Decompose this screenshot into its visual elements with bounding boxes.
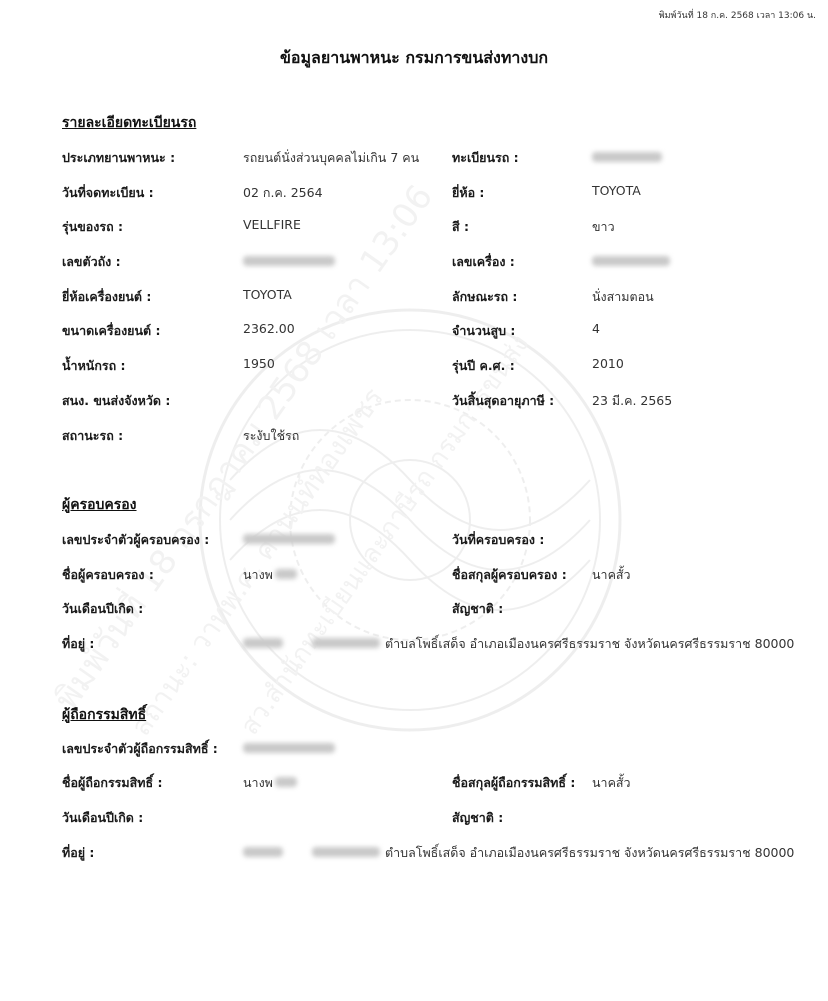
label-office: สนง. ขนส่งจังหวัด : — [62, 391, 170, 411]
label-engine-no: เลขเครื่อง : — [452, 252, 515, 272]
section-title-vehicle: รายละเอียดทะเบียนรถ — [62, 112, 196, 134]
label-model: รุ่นของรถ : — [62, 217, 123, 237]
value-owner-street-redacted — [312, 847, 380, 857]
value-possessor-id-redacted — [243, 534, 335, 544]
section-title-owner: ผู้ถือกรรมสิทธิ์ — [62, 704, 146, 726]
label-status: สถานะรถ : — [62, 426, 123, 446]
label-owner-dob: วันเดือนปีเกิด : — [62, 808, 143, 828]
label-reg-date: วันที่จดทะเบียน : — [62, 183, 154, 203]
value-owner-name-redacted — [275, 777, 297, 787]
label-color: สี : — [452, 217, 469, 237]
label-possessor-name: ชื่อผู้ครอบครอง : — [62, 565, 154, 585]
value-color: ขาว — [592, 217, 615, 237]
label-model-year: รุ่นปี ค.ศ. : — [452, 356, 515, 376]
label-possessor-nationality: สัญชาติ : — [452, 599, 503, 619]
label-possession-date: วันที่ครอบครอง : — [452, 530, 544, 550]
section-title-possessor: ผู้ครอบครอง — [62, 494, 137, 516]
value-owner-surname: นาคสั้ว — [592, 773, 631, 793]
value-owner-id-redacted — [243, 743, 335, 753]
label-engine-size: ขนาดเครื่องยนต์ : — [62, 321, 161, 341]
value-possessor-name: นางพ — [243, 565, 273, 585]
label-possessor-address: ที่อยู่ : — [62, 634, 94, 654]
label-owner-id: เลขประจำตัวผู้ถือกรรมสิทธิ์ : — [62, 739, 218, 759]
value-engine-no-redacted — [592, 256, 670, 266]
label-owner-name: ชื่อผู้ถือกรรมสิทธิ์ : — [62, 773, 162, 793]
value-body-type: นั่งสามตอน — [592, 287, 654, 307]
value-possessor-house-no-redacted — [243, 638, 283, 648]
value-possessor-surname: นาคสั้ว — [592, 565, 631, 585]
value-engine-size: 2362.00 — [243, 321, 295, 336]
label-vehicle-type: ประเภทยานพาหนะ : — [62, 148, 175, 168]
value-model-year: 2010 — [592, 356, 624, 371]
label-weight: น้ำหนักรถ : — [62, 356, 126, 376]
printed-timestamp: พิมพ์วันที่ 18 ก.ค. 2568 เวลา 13:06 น. — [659, 8, 816, 22]
label-owner-surname: ชื่อสกุลผู้ถือกรรมสิทธิ์ : — [452, 773, 575, 793]
value-tax-expiry: 23 มี.ค. 2565 — [592, 391, 672, 411]
label-tax-expiry: วันสิ้นสุดอายุภาษี : — [452, 391, 554, 411]
label-body-type: ลักษณะรถ : — [452, 287, 517, 307]
page-title: ข้อมูลยานพาหนะ กรมการขนส่งทางบก — [0, 46, 828, 71]
label-possessor-dob: วันเดือนปีเกิด : — [62, 599, 143, 619]
value-reg-date: 02 ก.ค. 2564 — [243, 183, 323, 203]
value-model: VELLFIRE — [243, 217, 301, 232]
label-possessor-surname: ชื่อสกุลผู้ครอบครอง : — [452, 565, 567, 585]
value-owner-name: นางพ — [243, 773, 273, 793]
label-owner-address: ที่อยู่ : — [62, 843, 94, 863]
value-possessor-address: ตำบลโพธิ์เสด็จ อำเภอเมืองนครศรีธรรมราช จ… — [385, 634, 794, 654]
value-engine-brand: TOYOTA — [243, 287, 292, 302]
label-engine-brand: ยี่ห้อเครื่องยนต์ : — [62, 287, 151, 307]
value-possessor-name-redacted — [275, 569, 297, 579]
label-chassis: เลขตัวถัง : — [62, 252, 121, 272]
value-owner-house-no-redacted — [243, 847, 283, 857]
value-plate-redacted — [592, 152, 662, 162]
value-owner-address: ตำบลโพธิ์เสด็จ อำเภอเมืองนครศรีธรรมราช จ… — [385, 843, 794, 863]
value-possessor-street-redacted — [312, 638, 380, 648]
value-weight: 1950 — [243, 356, 275, 371]
label-possessor-id: เลขประจำตัวผู้ครอบครอง : — [62, 530, 209, 550]
value-vehicle-type: รถยนต์นั่งส่วนบุคคลไม่เกิน 7 คน — [243, 148, 419, 168]
label-brand: ยี่ห้อ : — [452, 183, 484, 203]
value-chassis-redacted — [243, 256, 335, 266]
value-brand: TOYOTA — [592, 183, 641, 198]
value-cylinders: 4 — [592, 321, 600, 336]
value-status: ระงับใช้รถ — [243, 426, 299, 446]
label-owner-nationality: สัญชาติ : — [452, 808, 503, 828]
label-plate: ทะเบียนรถ : — [452, 148, 519, 168]
label-cylinders: จำนวนสูบ : — [452, 321, 515, 341]
